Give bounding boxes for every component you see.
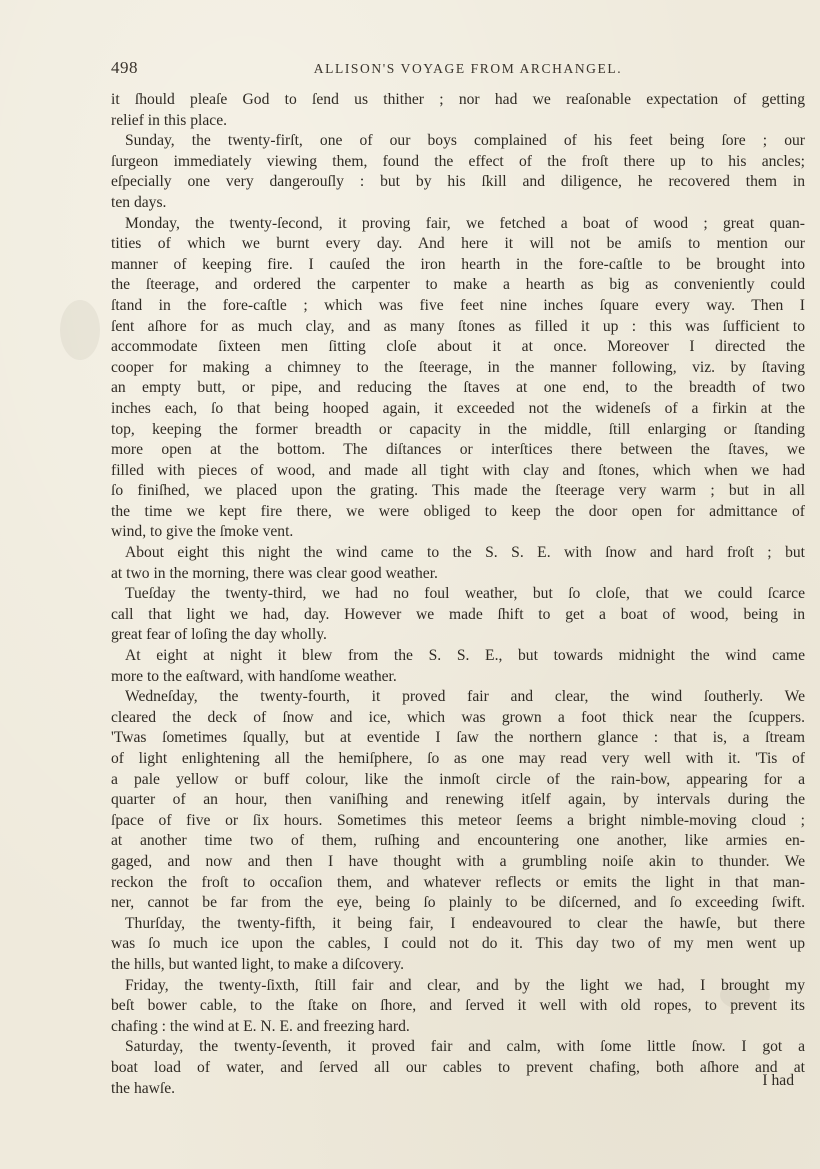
text-line: ſurgeon immediately viewing them, found … [111, 152, 805, 173]
running-title: ALLISON'S VOYAGE FROM ARCHANGEL. [111, 61, 805, 77]
text-line: call that light we had, day. However we … [111, 605, 805, 626]
text-line: 'Twas ſometimes ſqually, but at eventide… [111, 728, 805, 749]
text-line: the ſteerage, and ordered the carpenter … [111, 275, 805, 296]
text-line: reckon the froſt to occaſion them, and w… [111, 873, 805, 894]
text-line: Friday, the twenty-ſixth, ſtill fair and… [111, 976, 805, 997]
text-line: the hawſe. [111, 1079, 805, 1100]
text-line: Monday, the twenty-ſecond, it proving fa… [111, 214, 805, 235]
text-line: the time we kept fire there, we were obl… [111, 502, 805, 523]
text-line: top, keeping the former breadth or capac… [111, 420, 805, 441]
text-line: tities of which we burnt every day. And … [111, 234, 805, 255]
text-line: accommodate ſixteen men ſitting cloſe ab… [111, 337, 805, 358]
text-line: ſent aſhore for as much clay, and as man… [111, 317, 805, 338]
text-line: ſpace of five or ſix hours. Sometimes th… [111, 811, 805, 832]
text-line: at another time two of them, ruſhing and… [111, 831, 805, 852]
text-line: of light enlightening all the hemiſphere… [111, 749, 805, 770]
text-line: At eight at night it blew from the S. S.… [111, 646, 805, 667]
book-page: 498 ALLISON'S VOYAGE FROM ARCHANGEL. it … [0, 0, 820, 1169]
text-line: Tueſday the twenty-third, we had no foul… [111, 584, 805, 605]
text-line: a pale yellow or buff colour, like the i… [111, 770, 805, 791]
text-line: beſt bower cable, to the ſtake on ſhore,… [111, 996, 805, 1017]
text-line: ten days. [111, 193, 805, 214]
text-line: About eight this night the wind came to … [111, 543, 805, 564]
text-line: Saturday, the twenty-ſeventh, it proved … [111, 1037, 805, 1058]
text-line: Thurſday, the twenty-fifth, it being fai… [111, 914, 805, 935]
text-line: ſo finiſhed, we placed upon the grating.… [111, 481, 805, 502]
text-line: more open at the bottom. The diſtances o… [111, 440, 805, 461]
text-line: manner of keeping fire. I cauſed the iro… [111, 255, 805, 276]
text-line: eſpecially one very dangerouſly : but by… [111, 172, 805, 193]
text-line: it ſhould pleaſe God to ſend us thither … [111, 90, 805, 111]
text-line: quarter of an hour, then vaniſhing and r… [111, 790, 805, 811]
running-head: 498 ALLISON'S VOYAGE FROM ARCHANGEL. [111, 58, 805, 82]
text-line: at two in the morning, there was clear g… [111, 564, 805, 585]
text-line: gaged, and now and then I have thought w… [111, 852, 805, 873]
text-line: ner, cannot be far from the eye, being ſ… [111, 893, 805, 914]
text-line: cleared the deck of ſnow and ice, which … [111, 708, 805, 729]
text-line: an empty butt, or pipe, and reducing the… [111, 378, 805, 399]
text-line: more to the eaſtward, with handſome weat… [111, 667, 805, 688]
text-line: Sunday, the twenty-firſt, one of our boy… [111, 131, 805, 152]
text-line: filled with pieces of wood, and made all… [111, 461, 805, 482]
body-text: it ſhould pleaſe God to ſend us thither … [111, 90, 805, 1099]
text-line: cooper for making a chimney to the ſteer… [111, 358, 805, 379]
text-line: was ſo much ice upon the cables, I could… [111, 934, 805, 955]
text-line: chafing : the wind at E. N. E. and freez… [111, 1017, 805, 1038]
text-line: relief in this place. [111, 111, 805, 132]
paper-stain [60, 300, 100, 360]
text-line: Wedneſday, the twenty-fourth, it proved … [111, 687, 805, 708]
text-line: the hills, but wanted light, to make a d… [111, 955, 805, 976]
text-line: wind, to give the ſmoke vent. [111, 522, 805, 543]
text-line: ſtand in the fore-caſtle ; which was fiv… [111, 296, 805, 317]
text-line: great fear of loſing the day wholly. [111, 625, 805, 646]
catchword: I had [762, 1072, 794, 1090]
text-line: boat load of water, and ſerved all our c… [111, 1058, 805, 1079]
text-line: inches each, ſo that being hooped again,… [111, 399, 805, 420]
